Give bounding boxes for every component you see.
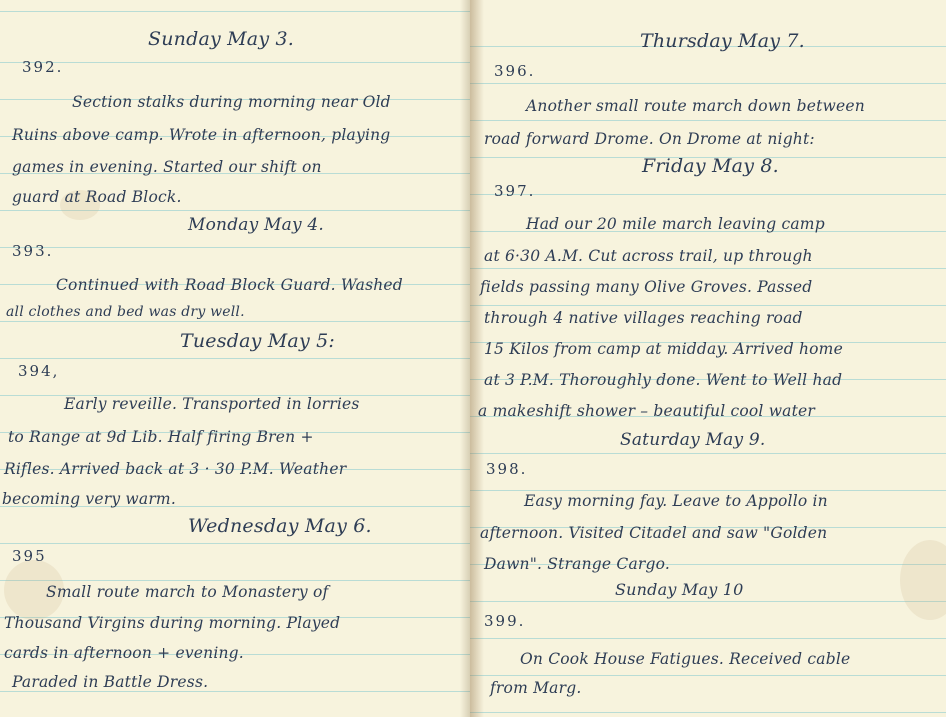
entry-line: Ruins above camp. Wrote in afternoon, pl… — [12, 126, 390, 144]
entry-line: road forward Drome. On Drome at night: — [484, 130, 815, 148]
entry-number: 394, — [18, 362, 59, 380]
entry-line: guard at Road Block. — [12, 188, 182, 206]
entry-line: 15 Kilos from camp at midday. Arrived ho… — [484, 340, 843, 358]
diary-spread: Sunday May 3. 392. Section stalks during… — [0, 0, 946, 717]
entry-line: cards in afternoon + evening. — [4, 644, 244, 662]
entry-line: Thousand Virgins during morning. Played — [4, 614, 340, 632]
entry-number: 392. — [22, 58, 63, 76]
entry-number: 399. — [484, 612, 525, 630]
entry-line: through 4 native villages reaching road — [484, 309, 803, 327]
entry-line: all clothes and bed was dry well. — [6, 304, 245, 320]
entry-line: Another small route march down between — [526, 97, 865, 115]
entry-day-heading: Sunday May 10 — [615, 580, 743, 599]
entry-line: a makeshift shower – beautiful cool wate… — [478, 402, 815, 420]
entry-day-heading: Thursday May 7. — [640, 30, 805, 52]
entry-day-heading: Saturday May 9. — [620, 430, 765, 450]
entry-number: 395 — [12, 547, 47, 565]
entry-line: Continued with Road Block Guard. Washed — [56, 276, 403, 294]
entry-number: 397. — [494, 182, 535, 200]
entry-line: Section stalks during morning near Old — [72, 93, 391, 111]
entry-line: games in evening. Started our shift on — [12, 158, 322, 176]
entry-number: 396. — [494, 62, 535, 80]
left-page: Sunday May 3. 392. Section stalks during… — [0, 0, 470, 717]
entry-line: Dawn". Strange Cargo. — [484, 555, 670, 573]
entry-line: Had our 20 mile march leaving camp — [526, 215, 825, 233]
entry-line: to Range at 9d Lib. Half firing Bren + — [8, 428, 314, 446]
entry-number: 398. — [486, 460, 527, 478]
entry-day-heading: Tuesday May 5: — [180, 330, 335, 352]
entry-line: afternoon. Visited Citadel and saw "Gold… — [480, 524, 827, 542]
entry-day-heading: Sunday May 3. — [148, 28, 294, 50]
entry-line: Easy morning fay. Leave to Appollo in — [524, 492, 828, 510]
entry-day-heading: Wednesday May 6. — [188, 515, 372, 537]
entry-day-heading: Friday May 8. — [642, 155, 779, 177]
entry-number: 393. — [12, 242, 53, 260]
entry-day-heading: Monday May 4. — [188, 215, 324, 235]
entry-line: Small route march to Monastery of — [46, 583, 328, 601]
entry-line: Paraded in Battle Dress. — [12, 673, 208, 691]
entry-line: Early reveille. Transported in lorries — [64, 395, 360, 413]
entry-line: from Marg. — [490, 679, 581, 697]
entry-line: becoming very warm. — [2, 490, 176, 508]
entry-line: at 6·30 A.M. Cut across trail, up throug… — [484, 247, 813, 265]
entry-line: Rifles. Arrived back at 3 · 30 P.M. Weat… — [4, 460, 346, 478]
right-page: Thursday May 7. 396. Another small route… — [470, 0, 946, 717]
entry-line: fields passing many Olive Groves. Passed — [480, 278, 812, 296]
entry-line: at 3 P.M. Thoroughly done. Went to Well … — [484, 371, 842, 389]
entry-line: On Cook House Fatigues. Received cable — [520, 650, 850, 668]
